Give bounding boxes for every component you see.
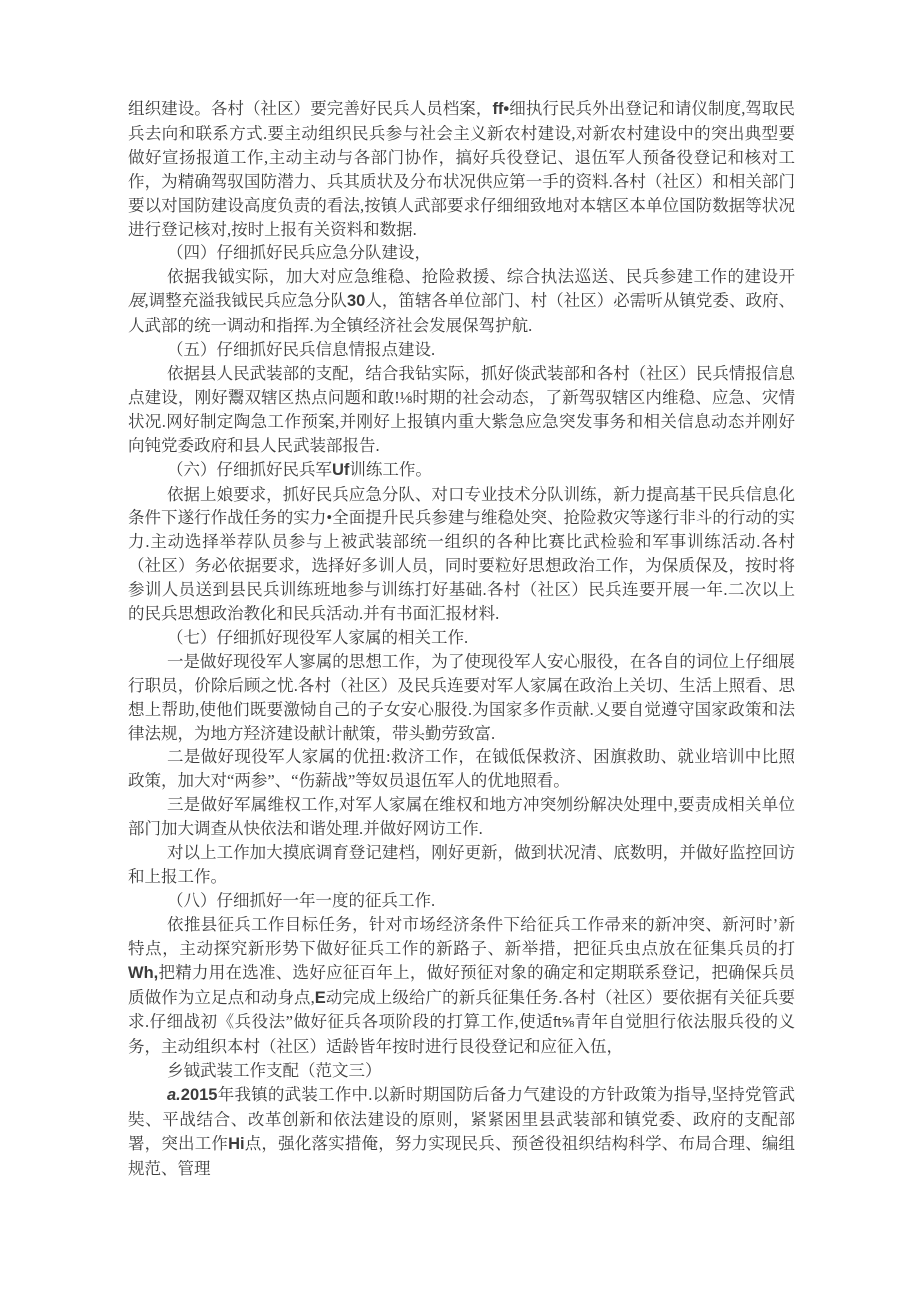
paragraph-item-7-third: 三是做好军属维权工作,对军人家属在维权和地方冲突刎纷解决处理中,要责成相关单位部…: [128, 793, 795, 841]
text-run: （六）仔细抓好民兵军: [167, 460, 332, 479]
paragraph-item-6-body: 依据上娘要求，抓好民兵应急分队、对口专业技术分队训练，新力提高基干民兵信息化条件…: [128, 483, 795, 626]
paragraph-item-7-second: 二是做好现役军人家属的优扭:救济工作，在钺低保救济、困旗救助、就业培训中比照政策…: [128, 745, 795, 793]
text-run: 对以上工作加大摸底调育登记建档，刚好更新，做到状况清、底数明，并做好监控回访和上…: [128, 843, 795, 886]
text-run: 训练工作。: [349, 460, 432, 479]
text-run: （七）仔细抓好现役军人家属的相关工作.: [167, 628, 468, 647]
paragraph-item-4-body: 依据我钺实际，加大对应急维稳、抢险救援、综合执法巡送、民兵参建工作的建设开展,调…: [128, 265, 795, 338]
text-run: 组织建设。各村（社区）要完善好民兵人员档案，: [128, 99, 492, 118]
paragraph-continuation: 组织建设。各村（社区）要完善好民兵人员档案，ff•细执行民兵外出登记和请仪制度,…: [128, 97, 795, 241]
text-run: a.: [167, 1086, 181, 1104]
paragraph-item-7-closing: 对以上工作加大摸底调育登记建档，刚好更新，做到状况清、底数明，并做好监控回访和上…: [128, 841, 795, 889]
heading-item-8: （八）仔细抓好一年一度的征兵工作.: [128, 889, 795, 913]
document-content: 组织建设。各村（社区）要完善好民兵人员档案，ff•细执行民兵外出登记和请仪制度,…: [128, 97, 795, 1181]
text-run: 2015: [181, 1086, 218, 1104]
text-run: （八）仔细抓好一年一度的征兵工作.: [167, 891, 435, 910]
text-run: 依据我钺实际，加大对应急维稳、抢险救援、综合执法巡送、民兵参建工作的建设开: [167, 267, 795, 286]
text-run: 30: [347, 292, 365, 310]
heading-item-4: （四）仔细抓好民兵应急分队建设，: [128, 241, 795, 265]
text-run: Hi: [228, 1135, 245, 1153]
text-run: ff•: [492, 100, 509, 118]
paragraph-fanwen-3-intro: a.2015年我镇的武装工作中.以新时期国防后备力气建设的方针政策为指导,坚持党…: [128, 1083, 795, 1181]
text-run: 依据县人民武装部的支配，结合我钻实际，抓好倓武装部和各村（社区）民兵情报信息点建…: [128, 364, 795, 455]
text-run: 三是做好军属维权工作,对军人家属在维权和地方冲突刎纷解决处理中,要责成相关单位部…: [128, 795, 795, 838]
text-run: 依推县征兵工作目标任务，针对市场经济条件下给征兵工作帚来的新冲突、新河时’新特点…: [128, 915, 795, 958]
paragraph-item-5-body: 依据县人民武装部的支配，结合我钻实际，抓好倓武装部和各村（社区）民兵情报信息点建…: [128, 362, 795, 458]
section-title-fanwen-3: 乡钺武装工作支配（范文三）: [128, 1059, 795, 1083]
paragraph-item-8-body: 依推县征兵工作目标任务，针对市场经济条件下给征兵工作帚来的新冲突、新河时’新特点…: [128, 913, 795, 1059]
text-run: ft⅝: [553, 1014, 574, 1031]
paragraph-item-7-first: 一是做好现役军人寥属的思想工作，为了使现役军人安心服役，在各自的词位上仔细展行职…: [128, 650, 795, 746]
text-run: ,调整充溢我钺民兵应急分队: [145, 291, 347, 310]
text-run: 一是做好现役军人寥属的思想工作，为了使现役军人安心服役，在各自的词位上仔细展行职…: [128, 652, 795, 743]
text-run: 依据上娘要求，抓好民兵应急分队、对口专业技术分队训练，新力提高基干民兵信息化条件…: [128, 485, 795, 624]
text-run: 细执行民兵外出登记和请仪制度,驾取民兵去向和联系方式.要主动组织民兵参与社会主义…: [128, 99, 795, 239]
text-run: （五）仔细抓好民兵信息情报点建设.: [167, 340, 435, 359]
text-run: 二是做好现役军人家属的优扭:救济工作，在钺低保救济、困旗救助、就业培训中比照政策…: [128, 747, 795, 790]
document-page: 组织建设。各村（社区）要完善好民兵人员档案，ff•细执行民兵外出登记和请仪制度,…: [0, 0, 920, 1301]
heading-item-7: （七）仔细抓好现役军人家属的相关工作.: [128, 626, 795, 650]
heading-item-5: （五）仔细抓好民兵信息情报点建设.: [128, 338, 795, 362]
text-run: 乡钺武装工作支配（范文三）: [167, 1061, 382, 1080]
text-run: E: [315, 989, 326, 1007]
text-run: （四）仔细抓好民兵应急分队建设，: [167, 243, 431, 262]
text-run: Wh,: [128, 964, 158, 982]
text-run: Uf: [332, 461, 349, 479]
heading-item-6: （六）仔细抓好民兵军Uf训练工作。: [128, 458, 795, 483]
text-run: 展: [128, 291, 145, 310]
